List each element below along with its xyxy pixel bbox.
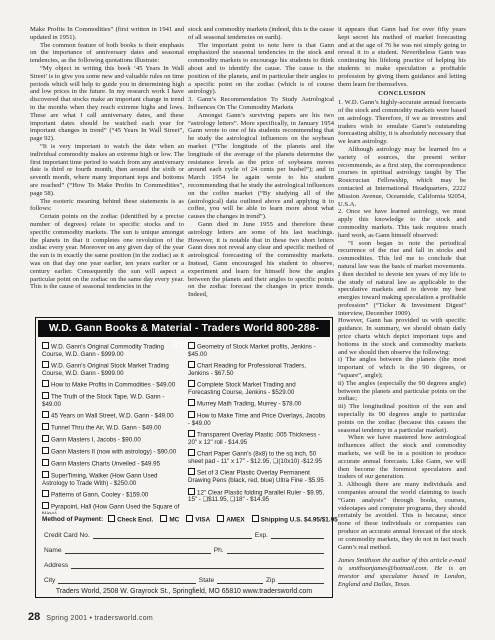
article-paragraph: The esoteric meaning behind these statem… bbox=[30, 198, 184, 214]
checkbox-icon[interactable] bbox=[186, 515, 193, 522]
checkbox-icon[interactable] bbox=[42, 361, 49, 368]
article-paragraph: ii) The angles (especially the 90 degree… bbox=[338, 380, 466, 403]
ad-item-label: Complete Stock Market Trading and Foreca… bbox=[188, 382, 296, 396]
article-paragraph: The important point to note here is that… bbox=[188, 42, 334, 97]
magazine-page: Make Profits In Commodities” (first writ… bbox=[0, 0, 495, 640]
ad-item-label: How to Make Profits in Commodities - $49… bbox=[51, 382, 175, 389]
city-label: City bbox=[44, 577, 55, 584]
state-label: State bbox=[199, 577, 214, 584]
article-paragraph: James Smithson the author of this articl… bbox=[338, 557, 466, 588]
phone-label: Ph. bbox=[214, 547, 224, 554]
ad-item: Tunnel Thru the Air, W.D. Gann - $49.00 bbox=[42, 423, 180, 432]
checkbox-icon[interactable] bbox=[42, 471, 49, 478]
ad-item-label: Patterns of Gann, Cooley - $159.00 bbox=[51, 492, 148, 499]
phone-input-line[interactable] bbox=[227, 544, 324, 554]
checkbox-icon[interactable] bbox=[42, 490, 49, 497]
article-paragraph: However, Gann has provided us with speci… bbox=[338, 317, 466, 356]
ad-item-label: Chart Paper Gann's (8x8) to the sq inch,… bbox=[188, 451, 322, 465]
ad-item: Gann Masters Charts Unveiled - $49.95 bbox=[42, 459, 180, 468]
ad-item-label: Murrey Math Trading, Murrey - $78.00 bbox=[197, 401, 301, 408]
ad-item: Gann Masters I, Jacobs - $90.00 bbox=[42, 435, 180, 444]
article-paragraph: “I soon began to note the periodical rec… bbox=[338, 240, 466, 318]
checkbox-icon[interactable] bbox=[188, 361, 195, 368]
ad-item: Murrey Math Trading, Murrey - $78.00 bbox=[188, 399, 326, 408]
ad-item: How to Make Time and Price Overlays, Jac… bbox=[188, 411, 326, 427]
checkbox-icon[interactable] bbox=[188, 488, 195, 495]
page-footer: 28 Spring 2001 • tradersworld.com bbox=[28, 611, 153, 623]
article-paragraph: Amongst Gann’s surviving papers are his … bbox=[188, 112, 334, 221]
ad-item: SuperTiming, Walker (How Gann Used Astro… bbox=[42, 471, 180, 487]
checkbox-icon[interactable] bbox=[108, 515, 115, 522]
payment-option[interactable]: VISA bbox=[186, 515, 210, 524]
exp-input-line[interactable] bbox=[271, 529, 324, 539]
exp-label: Exp. bbox=[255, 532, 268, 539]
payment-options: Check Encl. MC VISA AMEX Shipping U.S. $… bbox=[108, 515, 338, 524]
gann-books-ad: W.D. Gann Books & Material - Traders Wor… bbox=[35, 317, 333, 598]
ad-item-label: The Truth of the Stock Tape, W.D. Gann -… bbox=[42, 394, 164, 408]
payment-option-label: AMEX bbox=[226, 517, 244, 524]
zip-label: Zip bbox=[266, 577, 275, 584]
checkbox-icon[interactable] bbox=[42, 502, 49, 509]
ad-item: Set of 3 Clear Plastic Overlay Permanent… bbox=[188, 468, 326, 484]
article-paragraph: The common feature of both books is thei… bbox=[30, 42, 184, 65]
ad-item: Complete Stock Market Trading and Foreca… bbox=[188, 380, 326, 396]
ad-item-label: How to Make Time and Price Overlays, Jac… bbox=[188, 413, 325, 427]
checkbox-icon[interactable] bbox=[188, 430, 195, 437]
article-paragraph: When we have mastered how astrological i… bbox=[338, 434, 466, 481]
article-column-1: Make Profits In Commodities” (first writ… bbox=[30, 26, 184, 312]
article-paragraph: 3. Gann’s Recommendation To Study Astrol… bbox=[188, 96, 334, 112]
credit-card-input-line[interactable] bbox=[93, 529, 252, 539]
ad-item: W.D. Gann's Original Stock Market Tradin… bbox=[42, 361, 180, 377]
ad-address-line: Traders World, 2508 W. Grayrock St., Spr… bbox=[36, 584, 332, 595]
ad-item: W.D. Gann's Original Commodity Trading C… bbox=[42, 342, 180, 358]
credit-card-label: Credit Card No. bbox=[44, 532, 90, 539]
checkbox-icon[interactable] bbox=[188, 468, 195, 475]
ad-item: The Truth of the Stock Tape, W.D. Gann -… bbox=[42, 392, 180, 408]
payment-option-label: VISA bbox=[195, 517, 210, 524]
address-input-line[interactable] bbox=[71, 559, 324, 569]
checkbox-icon[interactable] bbox=[42, 380, 49, 387]
page-number: 28 bbox=[28, 611, 40, 623]
payment-method-label: Method of Payment: bbox=[42, 516, 103, 523]
zip-input-line[interactable] bbox=[278, 574, 324, 584]
ad-item-label: Gann Masters I, Jacobs - $90.00 bbox=[51, 437, 141, 444]
ad-items-right: Geometry of Stock Market profits, Jenkin… bbox=[188, 342, 326, 514]
ad-item: How to Make Profits in Commodities - $49… bbox=[42, 380, 180, 389]
ad-item: Gann Masters II (now with astrology) - $… bbox=[42, 447, 180, 456]
ad-item: Geometry of Stock Market profits, Jenkin… bbox=[188, 342, 326, 358]
ad-item-columns: W.D. Gann's Original Commodity Trading C… bbox=[36, 337, 332, 514]
city-state-zip-row: City State Zip bbox=[36, 569, 332, 584]
ad-item-label: 45 Years on Wall Street, W.D. Gann - $49… bbox=[51, 413, 174, 420]
checkbox-icon[interactable] bbox=[42, 459, 49, 466]
checkbox-icon[interactable] bbox=[42, 411, 49, 418]
ad-item-label: Geometry of Stock Market profits, Jenkin… bbox=[188, 344, 316, 358]
article-paragraph: 3. Although there are many individuals a… bbox=[338, 481, 466, 551]
name-row: Name Ph. bbox=[36, 539, 332, 554]
checkbox-icon[interactable] bbox=[42, 447, 49, 454]
checkbox-icon[interactable] bbox=[252, 515, 259, 522]
article-column-3: it appears that Gann had for over fifty … bbox=[338, 26, 466, 608]
ad-item: Patterns of Gann, Cooley - $159.00 bbox=[42, 490, 180, 499]
checkbox-icon[interactable] bbox=[42, 392, 49, 399]
article-paragraph: Gann died in June 1955 and therefore the… bbox=[188, 221, 334, 299]
ad-header-title: W.D. Gann Books & Material - Traders Wor… bbox=[38, 320, 330, 337]
state-input-line[interactable] bbox=[217, 574, 263, 584]
checkbox-icon[interactable] bbox=[42, 342, 49, 349]
ad-item-label: Gann Masters II (now with astrology) - $… bbox=[51, 449, 176, 456]
checkbox-icon[interactable] bbox=[160, 515, 167, 522]
address-label: Address bbox=[44, 562, 68, 569]
article-paragraph: Make Profits In Commodities” (first writ… bbox=[30, 26, 184, 42]
article-paragraph: it appears that Gann had for over fifty … bbox=[338, 26, 466, 88]
payment-option-label: Shipping U.S. $4.95/$1.95 bbox=[261, 517, 338, 524]
article-paragraph: “It is very important to watch the date … bbox=[30, 143, 184, 198]
checkbox-icon[interactable] bbox=[42, 423, 49, 430]
checkbox-icon[interactable] bbox=[188, 449, 195, 456]
payment-option[interactable]: Check Encl. bbox=[108, 515, 153, 524]
ad-item-label: Gann Masters Charts Unveiled - $49.95 bbox=[51, 461, 160, 468]
ad-item-label: W.D. Gann's Original Stock Market Tradin… bbox=[42, 363, 169, 377]
ad-item-label: Transparent Overlay Plastic .005 Thickne… bbox=[188, 432, 320, 446]
payment-option-label: MC bbox=[169, 517, 179, 524]
payment-method-row: Method of Payment: Check Encl. MC VISA A… bbox=[36, 514, 332, 524]
payment-option[interactable]: AMEX bbox=[217, 515, 244, 524]
ad-item: 12" Clear Plastic folding Parallel Ruler… bbox=[188, 488, 326, 504]
checkbox-icon[interactable] bbox=[188, 380, 195, 387]
article-paragraph: stock and commodity markets (indeed, thi… bbox=[188, 26, 334, 42]
issue-info: Spring 2001 • tradersworld.com bbox=[46, 615, 153, 622]
article-paragraph: iii) The longitudinal position of the su… bbox=[338, 403, 466, 434]
checkbox-icon[interactable] bbox=[42, 435, 49, 442]
ad-item-label: W.D. Gann's Original Commodity Trading C… bbox=[42, 344, 164, 358]
checkbox-icon[interactable] bbox=[188, 411, 195, 418]
ad-items-left: W.D. Gann's Original Commodity Trading C… bbox=[42, 342, 180, 514]
payment-option-label: Check Encl. bbox=[117, 517, 153, 524]
ad-item-label: 12" Clear Plastic folding Parallel Ruler… bbox=[188, 489, 324, 503]
payment-option[interactable]: Shipping U.S. $4.95/$1.95 bbox=[252, 515, 338, 524]
payment-option[interactable]: MC bbox=[160, 515, 179, 524]
ad-item-label: Set of 3 Clear Plastic Overlay Permanent… bbox=[188, 470, 324, 484]
ad-item: Chart Paper Gann's (8x8) to the sq inch,… bbox=[188, 449, 326, 465]
article-paragraph: Certain points on the zodiac (identified… bbox=[30, 213, 184, 291]
ad-item-label: SuperTiming, Walker (How Gann Used Astro… bbox=[42, 473, 157, 487]
checkbox-icon[interactable] bbox=[188, 342, 195, 349]
article-column-2: stock and commodity markets (indeed, thi… bbox=[188, 26, 334, 312]
article-paragraph: i) The angles between the planets (the m… bbox=[338, 356, 466, 379]
article-paragraph: 1. W.D. Gann’s highly-accurate annual fo… bbox=[338, 99, 466, 146]
name-label: Name bbox=[44, 547, 62, 554]
ad-item-label: Tunnel Thru the Air, W.D. Gann - $49.00 bbox=[51, 425, 161, 432]
article-paragraph: “My object in writing this book ‘45 Year… bbox=[30, 65, 184, 143]
credit-card-row: Credit Card No. Exp. bbox=[36, 524, 332, 539]
ad-item: Pyrapoint, Hall (How Gann Used the Squar… bbox=[42, 502, 180, 514]
article-paragraph: 2. Once we have learned astrology, we mu… bbox=[338, 208, 466, 239]
name-input-line[interactable] bbox=[65, 544, 211, 554]
article-paragraph: CONCLUSION bbox=[338, 90, 466, 98]
ad-item-label: Pyrapoint, Hall (How Gann Used the Squar… bbox=[42, 504, 179, 514]
checkbox-icon[interactable] bbox=[217, 515, 224, 522]
checkbox-icon[interactable] bbox=[188, 399, 195, 406]
ad-item: 45 Years on Wall Street, W.D. Gann - $49… bbox=[42, 411, 180, 420]
ad-item: Transparent Overlay Plastic .005 Thickne… bbox=[188, 430, 326, 446]
address-row: Address bbox=[36, 554, 332, 569]
article-paragraph: Although astrology may be learned fro a … bbox=[338, 146, 466, 208]
ad-item: Chart Reading for Professional Traders, … bbox=[188, 361, 326, 377]
city-input-line[interactable] bbox=[58, 574, 195, 584]
ad-item-label: Chart Reading for Professional Traders, … bbox=[188, 363, 306, 377]
